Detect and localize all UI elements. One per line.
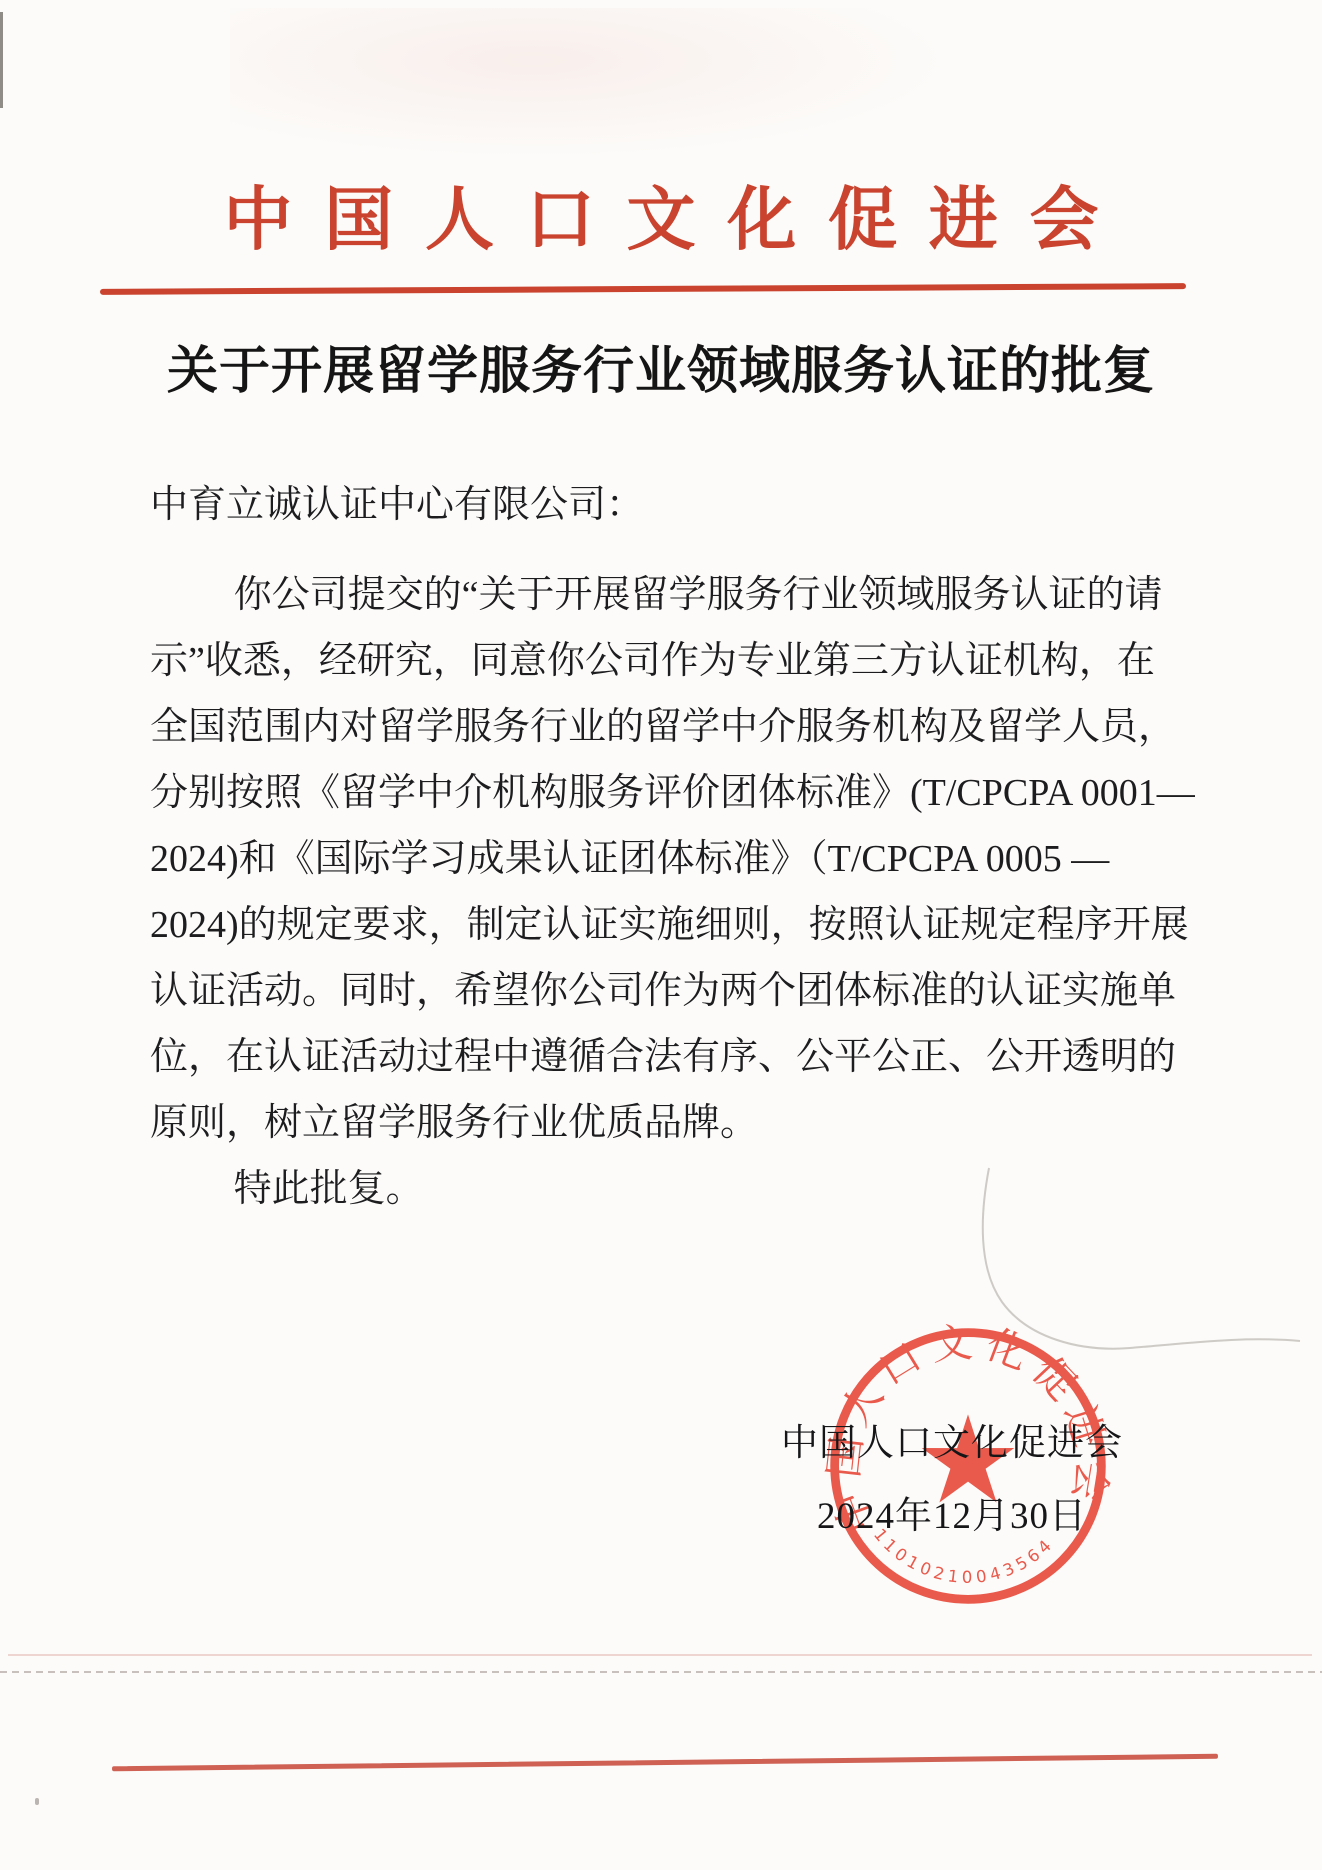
document-title: 关于开展留学服务行业领域服务认证的批复 xyxy=(0,341,1322,403)
body-line: 你公司提交的“关于开展留学服务行业领域服务认证的请 xyxy=(150,562,1180,628)
body-line: 原则，树立留学服务行业优质品牌。 xyxy=(150,1090,1180,1156)
scan-speck xyxy=(35,1798,39,1805)
body-paragraph: 你公司提交的“关于开展留学服务行业领域服务认证的请示”收悉，经研究，同意你公司作… xyxy=(150,562,1180,1222)
signature-block: 中国人口文化促进会 2024年12月30日 xyxy=(752,1418,1152,1538)
body-line: 示”收悉，经研究，同意你公司作为专业第三方认证机构，在 xyxy=(150,628,1180,694)
body-line: 特此批复。 xyxy=(150,1156,1180,1222)
letter-body: 中育立诚认证中心有限公司： 你公司提交的“关于开展留学服务行业领域服务认证的请示… xyxy=(150,470,1180,1222)
scanned-document-page: 中国人口文化促进会 关于开展留学服务行业领域服务认证的批复 中育立诚认证中心有限… xyxy=(0,0,1322,1870)
body-line: 位，在认证活动过程中遵循合法有序、公平公正、公开透明的 xyxy=(150,1024,1180,1090)
scan-artifact-line-red xyxy=(112,1754,1218,1772)
letterhead-rule xyxy=(100,283,1186,295)
salutation: 中育立诚认证中心有限公司： xyxy=(150,470,1180,540)
letterhead-title: 中国人口文化促进会 xyxy=(0,183,1322,257)
body-line: 2024)的规定要求，制定认证实施细则，按照认证规定程序开展 xyxy=(150,892,1180,958)
body-line: 2024)和《国际学习成果认证团体标准》（T/CPCPA 0005 — xyxy=(150,826,1180,892)
body-line: 认证活动。同时，希望你公司作为两个团体标准的认证实施单 xyxy=(150,958,1180,1024)
body-line: 全国范围内对留学服务行业的留学中介服务机构及留学人员， xyxy=(150,694,1180,760)
scan-edge-mark xyxy=(0,12,3,108)
scan-artifact-line-dotted xyxy=(0,1671,1322,1673)
signature-date: 2024年12月30日 xyxy=(752,1496,1152,1538)
scan-artifact-line-pink xyxy=(8,1654,1312,1656)
body-line: 分别按照《留学中介机构服务评价团体标准》(T/CPCPA 0001— xyxy=(150,760,1180,826)
signature-organization: 中国人口文化促进会 xyxy=(752,1418,1152,1470)
scan-tint-blotch xyxy=(230,8,950,158)
